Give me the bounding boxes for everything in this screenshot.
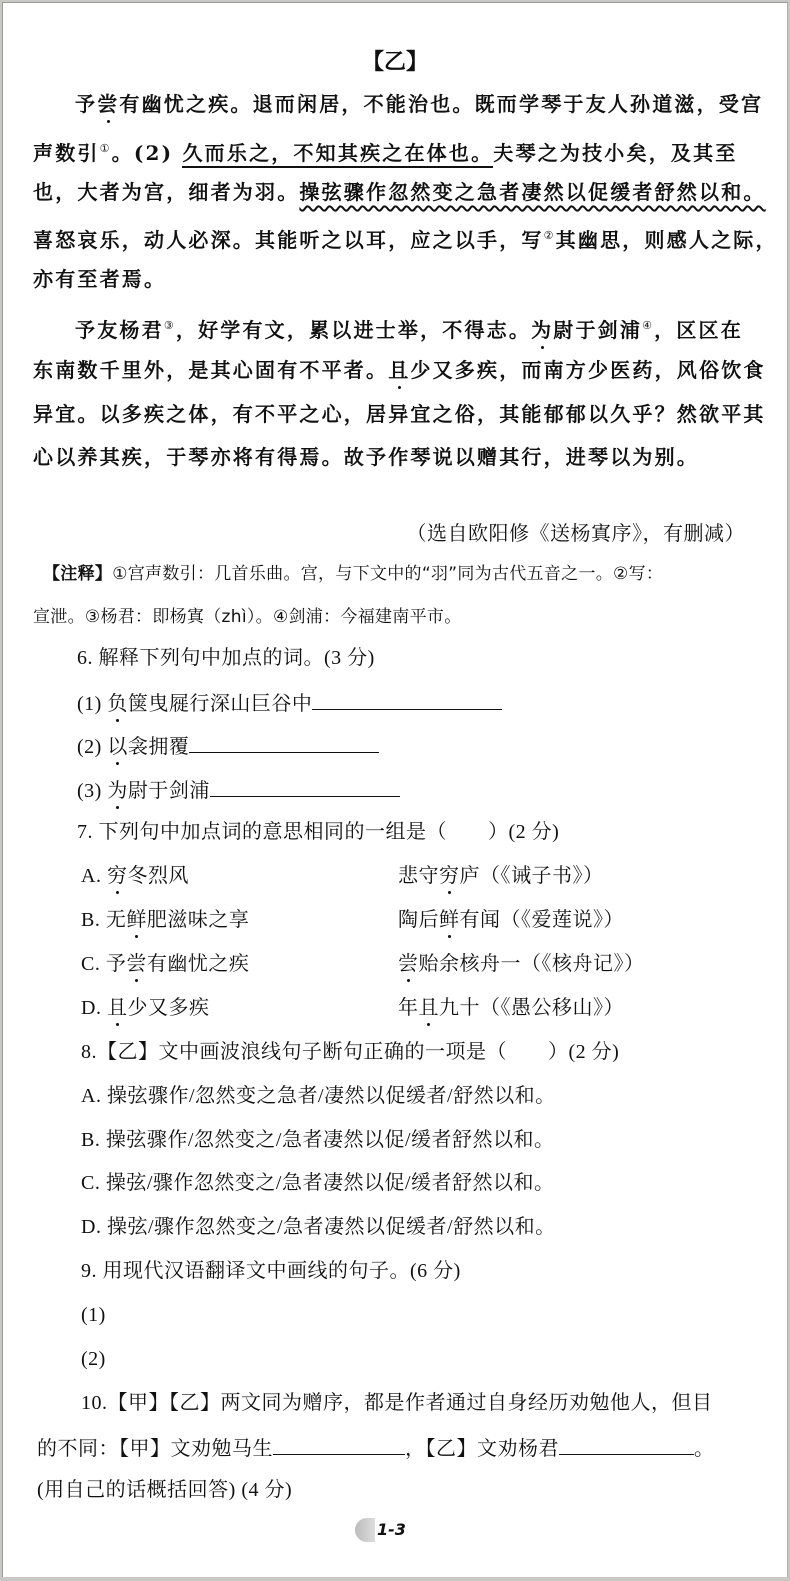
dotted-char: 以 — [107, 736, 128, 758]
text: 有闻（《爱莲说》） — [460, 909, 625, 931]
question-10-instruction: (用自己的话概括回答) (4 分) — [37, 1477, 292, 1503]
item-number: (3) — [77, 780, 107, 802]
text: 有幽忧之疾。退而闲居，不能治也。既而学琴于友人孙道滋，受宫 — [119, 92, 763, 116]
option-label: C. — [81, 953, 106, 975]
question-7-option-c[interactable]: C. 予尝有幽忧之疾 — [81, 951, 249, 977]
dotted-char: 为 — [531, 318, 553, 342]
underlined-sentence: 久而乐之，不知其疾之在体也。 — [182, 141, 493, 168]
item-number: (1) — [77, 693, 107, 715]
dotted-char: 尝 — [97, 92, 119, 116]
text: 箧曳屣行深山巨谷中 — [128, 693, 313, 715]
answer-blank[interactable] — [312, 689, 502, 710]
text: 年 — [398, 997, 419, 1019]
question-7-stem: 7. 下列句中加点词的意思相同的一组是（ ）(2 分) — [77, 819, 559, 845]
text: 冬烈风 — [127, 865, 189, 887]
question-7-option-b-compare: 陶后鲜有闻（《爱莲说》） — [398, 907, 624, 933]
question-7-option-b[interactable]: B. 无鲜肥滋味之享 — [81, 907, 249, 933]
page-number: 1-3 — [355, 1516, 425, 1544]
dotted-char: 鲜 — [439, 909, 460, 931]
question-10-line-2: 的不同：【甲】文劝勉马生，【乙】文劝杨君。 — [37, 1434, 715, 1462]
question-8-option-b[interactable]: B. 操弦骤作/忽然变之/急者凄然以促/缓者舒然以和。 — [81, 1127, 555, 1153]
dotted-char: 为 — [107, 780, 128, 802]
exam-page: 【乙】 予尝有幽忧之疾。退而闲居，不能治也。既而学琴于友人孙道滋，受宫 声数引①… — [2, 2, 788, 1577]
question-10-stem: 10.【甲】【乙】两文同为赠序，都是作者通过自身经历劝勉他人，但目 — [81, 1390, 713, 1416]
dotted-char: 且 — [388, 358, 410, 382]
question-7-option-c-compare: 尝贻余核舟一（《核舟记》） — [398, 951, 645, 977]
question-6-item-2: (2) 以衾拥覆 — [77, 732, 379, 760]
text: 予 — [75, 92, 97, 116]
text: 的不同：【甲】文劝勉马生 — [37, 1438, 273, 1460]
question-7-option-a[interactable]: A. 穷冬烈风 — [81, 863, 189, 889]
text: 无 — [106, 909, 127, 931]
text: 东南数千里外，是其心固有不平者。 — [33, 358, 388, 382]
text: ①宫声数引：几首乐曲。宫，与下文中的“羽”同为古代五音之一。②写： — [112, 564, 663, 584]
dotted-char: 且 — [107, 997, 128, 1019]
question-9-stem: 9. 用现代汉语翻译文中画线的句子。(6 分) — [81, 1258, 461, 1284]
text: 悲守 — [398, 865, 439, 887]
notes-line: 【注释】①宫声数引：几首乐曲。宫，与下文中的“羽”同为古代五音之一。②写： — [43, 561, 663, 587]
question-8-option-a[interactable]: A. 操弦骤作/忽然变之急者/凄然以促缓者/舒然以和。 — [81, 1083, 556, 1109]
option-label: D. — [81, 997, 107, 1019]
text: 肥滋味之享 — [147, 909, 250, 931]
notes-label: 【注释】 — [43, 564, 112, 584]
question-6-item-3: (3) 为尉于剑浦 — [77, 776, 400, 804]
question-8-option-d[interactable]: D. 操弦/骤作忽然变之/急者凄然以促缓者/舒然以和。 — [81, 1214, 556, 1240]
wavy-underlined-sentence: 操弦骤作忽然变之急者凄然以促缓者舒然以和。 — [299, 180, 765, 204]
passage-line: 喜怒哀乐，动人必深。其能听之以耳，应之以手，写②其幽思，则感人之际， — [33, 223, 778, 253]
text: 。(2) — [112, 141, 183, 165]
text: ，【乙】文劝杨君 — [405, 1438, 559, 1460]
option-label: A. — [81, 865, 107, 887]
dotted-char: 负 — [107, 693, 128, 715]
notes-line: 宣泄。③杨君：即杨寘（zhì）。④剑浦：今福建南平市。 — [33, 604, 462, 630]
text: ，区区在 — [654, 318, 743, 342]
page-tab-icon — [355, 1518, 375, 1542]
question-9-item-1[interactable]: (1) — [81, 1302, 106, 1328]
question-6-stem: 6. 解释下列句中加点的词。(3 分) — [77, 645, 375, 671]
passage-line: 也，大者为宫，细者为羽。操弦骤作忽然变之急者凄然以促缓者舒然以和。 — [33, 179, 766, 205]
text: 其幽思，则感人之际， — [556, 228, 778, 252]
passage-line: 异宜。以多疾之体，有不平之心，居异宜之俗，其能郁郁以久乎？然欲平其 — [33, 401, 766, 427]
question-9-item-2[interactable]: (2) — [81, 1346, 106, 1372]
question-8-option-c[interactable]: C. 操弦/骤作忽然变之/急者凄然以促/缓者舒然以和。 — [81, 1170, 555, 1196]
text: 。 — [694, 1438, 715, 1460]
text: 九十（《愚公移山》） — [439, 997, 624, 1019]
text: 予 — [106, 953, 127, 975]
text: 声数引 — [33, 141, 100, 165]
source-citation: （选自欧阳修《送杨寘序》，有删减） — [407, 517, 746, 546]
passage-line: 予友杨君③，好学有文，累以进士举，不得志。为尉于剑浦④，区区在 — [75, 313, 743, 343]
dotted-char: 且 — [419, 997, 440, 1019]
text: 贻余核舟一（《核舟记》） — [419, 953, 645, 975]
text: 陶后 — [398, 909, 439, 931]
dotted-char: 穷 — [439, 865, 460, 887]
question-7-option-a-compare: 悲守穷庐（《诫子书》） — [398, 863, 604, 889]
question-6-item-1: (1) 负箧曳屣行深山巨谷中 — [77, 689, 502, 717]
dotted-char: 鲜 — [126, 909, 147, 931]
option-label: B. — [81, 909, 106, 931]
text: ，好学有文，累以进士举，不得志。 — [176, 318, 531, 342]
passage-line: 心以养其疾，于琴亦将有得焉。故予作琴说以赠其行，进琴以为别。 — [33, 444, 699, 470]
dotted-char: 尝 — [126, 953, 147, 975]
text: 少又多疾 — [127, 997, 209, 1019]
footnote-ref: ② — [544, 229, 556, 242]
passage-line: 声数引①。(2) 久而乐之，不知其疾之在体也。夫琴之为技小矣，及其至 — [33, 136, 738, 166]
answer-blank[interactable] — [210, 776, 400, 797]
page-number-text: 1-3 — [377, 1520, 406, 1539]
text: 予友杨君 — [75, 318, 164, 342]
question-7-option-d-compare: 年且九十（《愚公移山》） — [398, 995, 624, 1021]
passage-line: 亦有至者焉。 — [33, 266, 166, 292]
section-title: 【乙】 — [3, 45, 787, 76]
text: 喜怒哀乐，动人必深。其能听之以耳，应之以手，写 — [33, 228, 544, 252]
passage-line: 东南数千里外，是其心固有不平者。且少又多疾，而南方少医药，风俗饮食 — [33, 357, 766, 383]
answer-blank[interactable] — [189, 732, 379, 753]
text: 夫琴之为技小矣，及其至 — [493, 141, 737, 165]
text: 少又多疾，而南方少医药，风俗饮食 — [410, 358, 765, 382]
answer-blank-yi[interactable] — [559, 1434, 694, 1455]
item-number: (2) — [77, 736, 107, 758]
footnote-ref: ① — [100, 142, 112, 155]
question-8-stem: 8.【乙】文中画波浪线句子断句正确的一项是（ ）(2 分) — [81, 1039, 619, 1065]
question-7-option-d[interactable]: D. 且少又多疾 — [81, 995, 209, 1021]
footnote-ref: ④ — [642, 319, 654, 332]
answer-blank-jia[interactable] — [273, 1434, 405, 1455]
text: 尉于剑浦 — [553, 318, 642, 342]
text: 衾拥覆 — [128, 736, 190, 758]
passage-line: 予尝有幽忧之疾。退而闲居，不能治也。既而学琴于友人孙道滋，受宫 — [75, 91, 763, 117]
text: 庐（《诫子书》） — [460, 865, 604, 887]
text: 有幽忧之疾 — [147, 953, 250, 975]
text: 尉于剑浦 — [128, 780, 210, 802]
text: 也，大者为宫，细者为羽。 — [33, 180, 299, 204]
dotted-char: 穷 — [107, 865, 128, 887]
dotted-char: 尝 — [398, 953, 419, 975]
footnote-ref: ③ — [164, 319, 176, 332]
